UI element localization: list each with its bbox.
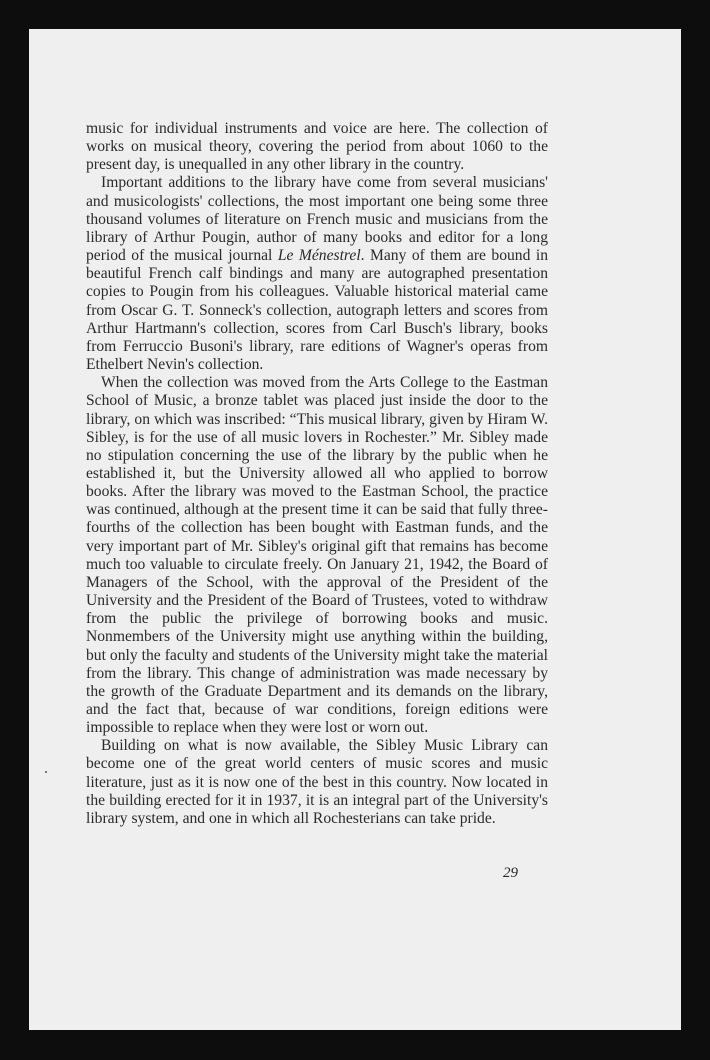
document-page: music for individual instruments and voi… — [29, 29, 681, 1030]
paragraph-2-text-after: . Many of them are bound in beautiful Fr… — [86, 247, 548, 373]
paragraph-3: When the collection was moved from the A… — [86, 374, 548, 737]
paper-speck — [45, 771, 47, 773]
paragraph-4: Building on what is now available, the S… — [86, 737, 548, 828]
paragraph-2: Important additions to the library have … — [86, 174, 548, 374]
page-number: 29 — [503, 865, 518, 882]
body-text: music for individual instruments and voi… — [86, 120, 548, 828]
journal-title: Le Ménestrel — [278, 247, 361, 264]
paragraph-1: music for individual instruments and voi… — [86, 120, 548, 174]
